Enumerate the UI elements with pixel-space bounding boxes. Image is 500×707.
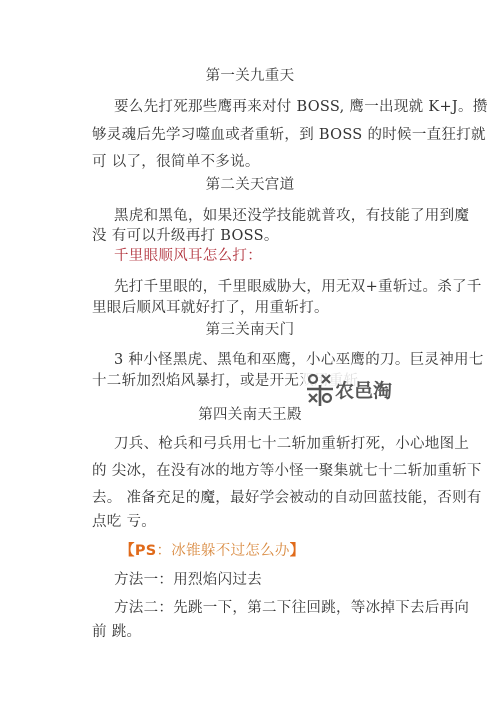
paragraph-line: 的 尖冰，在没有冰的地方等小怪一聚集就七十二斩加重斩下 xyxy=(92,461,422,481)
watermark-text: 农邑淘 xyxy=(335,376,392,403)
nongyitao-logo-icon xyxy=(307,372,333,406)
section-heading-3: 第三关南天门 xyxy=(0,320,500,340)
document-page: 第一关九重天 要么先打死那些鹰再来对付 BOSS, 鹰一出现就 K+J。攒 够灵… xyxy=(0,0,500,707)
paragraph-line: 够灵魂后先学习噬血或者重斩，到 BOSS 的时候一直狂打就 xyxy=(92,125,422,145)
paragraph-line: 刀兵、枪兵和弓兵用七十二斩加重斩打死，小心地图上 xyxy=(114,434,444,454)
watermark: 农邑淘 xyxy=(303,367,395,411)
paragraph-line: 去。 准备充足的魔，最好学会被动的自动回蓝技能，否则有 xyxy=(92,488,422,508)
paragraph-line: 里眼后顺风耳就好打了，用重斩打。 xyxy=(92,298,422,318)
method-line: 前 跳。 xyxy=(92,622,422,642)
ps-note: 【PS：冰锥躲不过怎么办】 xyxy=(120,541,450,561)
paragraph-line: 点吃 亏。 xyxy=(92,512,422,532)
section-heading-4: 第四关南天王殿 xyxy=(0,405,500,425)
ps-text: 冰锥躲不过怎么办 xyxy=(171,543,289,559)
paragraph-line: 先打千里眼的，千里眼威胁大，用无双+重斩过。杀了千 xyxy=(114,277,444,297)
ps-bracket-open: 【 xyxy=(120,543,135,559)
method-line: 方法二：先跳一下，第二下往回跳，等冰掉下去后再向 xyxy=(114,598,444,618)
ps-colon: ： xyxy=(156,543,171,559)
paragraph-line: 黑虎和黑龟，如果还没学技能就普攻，有技能了用到魔 xyxy=(114,206,444,226)
section-heading-2: 第二关天宫道 xyxy=(0,175,500,195)
method-line: 方法一：用烈焰闪过去 xyxy=(114,570,444,590)
red-subheading: 千里眼顺风耳怎么打： xyxy=(114,246,444,266)
ps-label: PS xyxy=(135,543,157,559)
ps-bracket-close: 】 xyxy=(290,542,305,559)
paragraph-line: 可 以了，很简单不多说。 xyxy=(92,152,422,172)
paragraph-line: 没 有可以升级再打 BOSS。 xyxy=(92,226,422,246)
section-heading-1: 第一关九重天 xyxy=(0,66,500,86)
paragraph-line: 要么先打死那些鹰再来对付 BOSS, 鹰一出现就 K+J。攒 xyxy=(114,97,444,117)
